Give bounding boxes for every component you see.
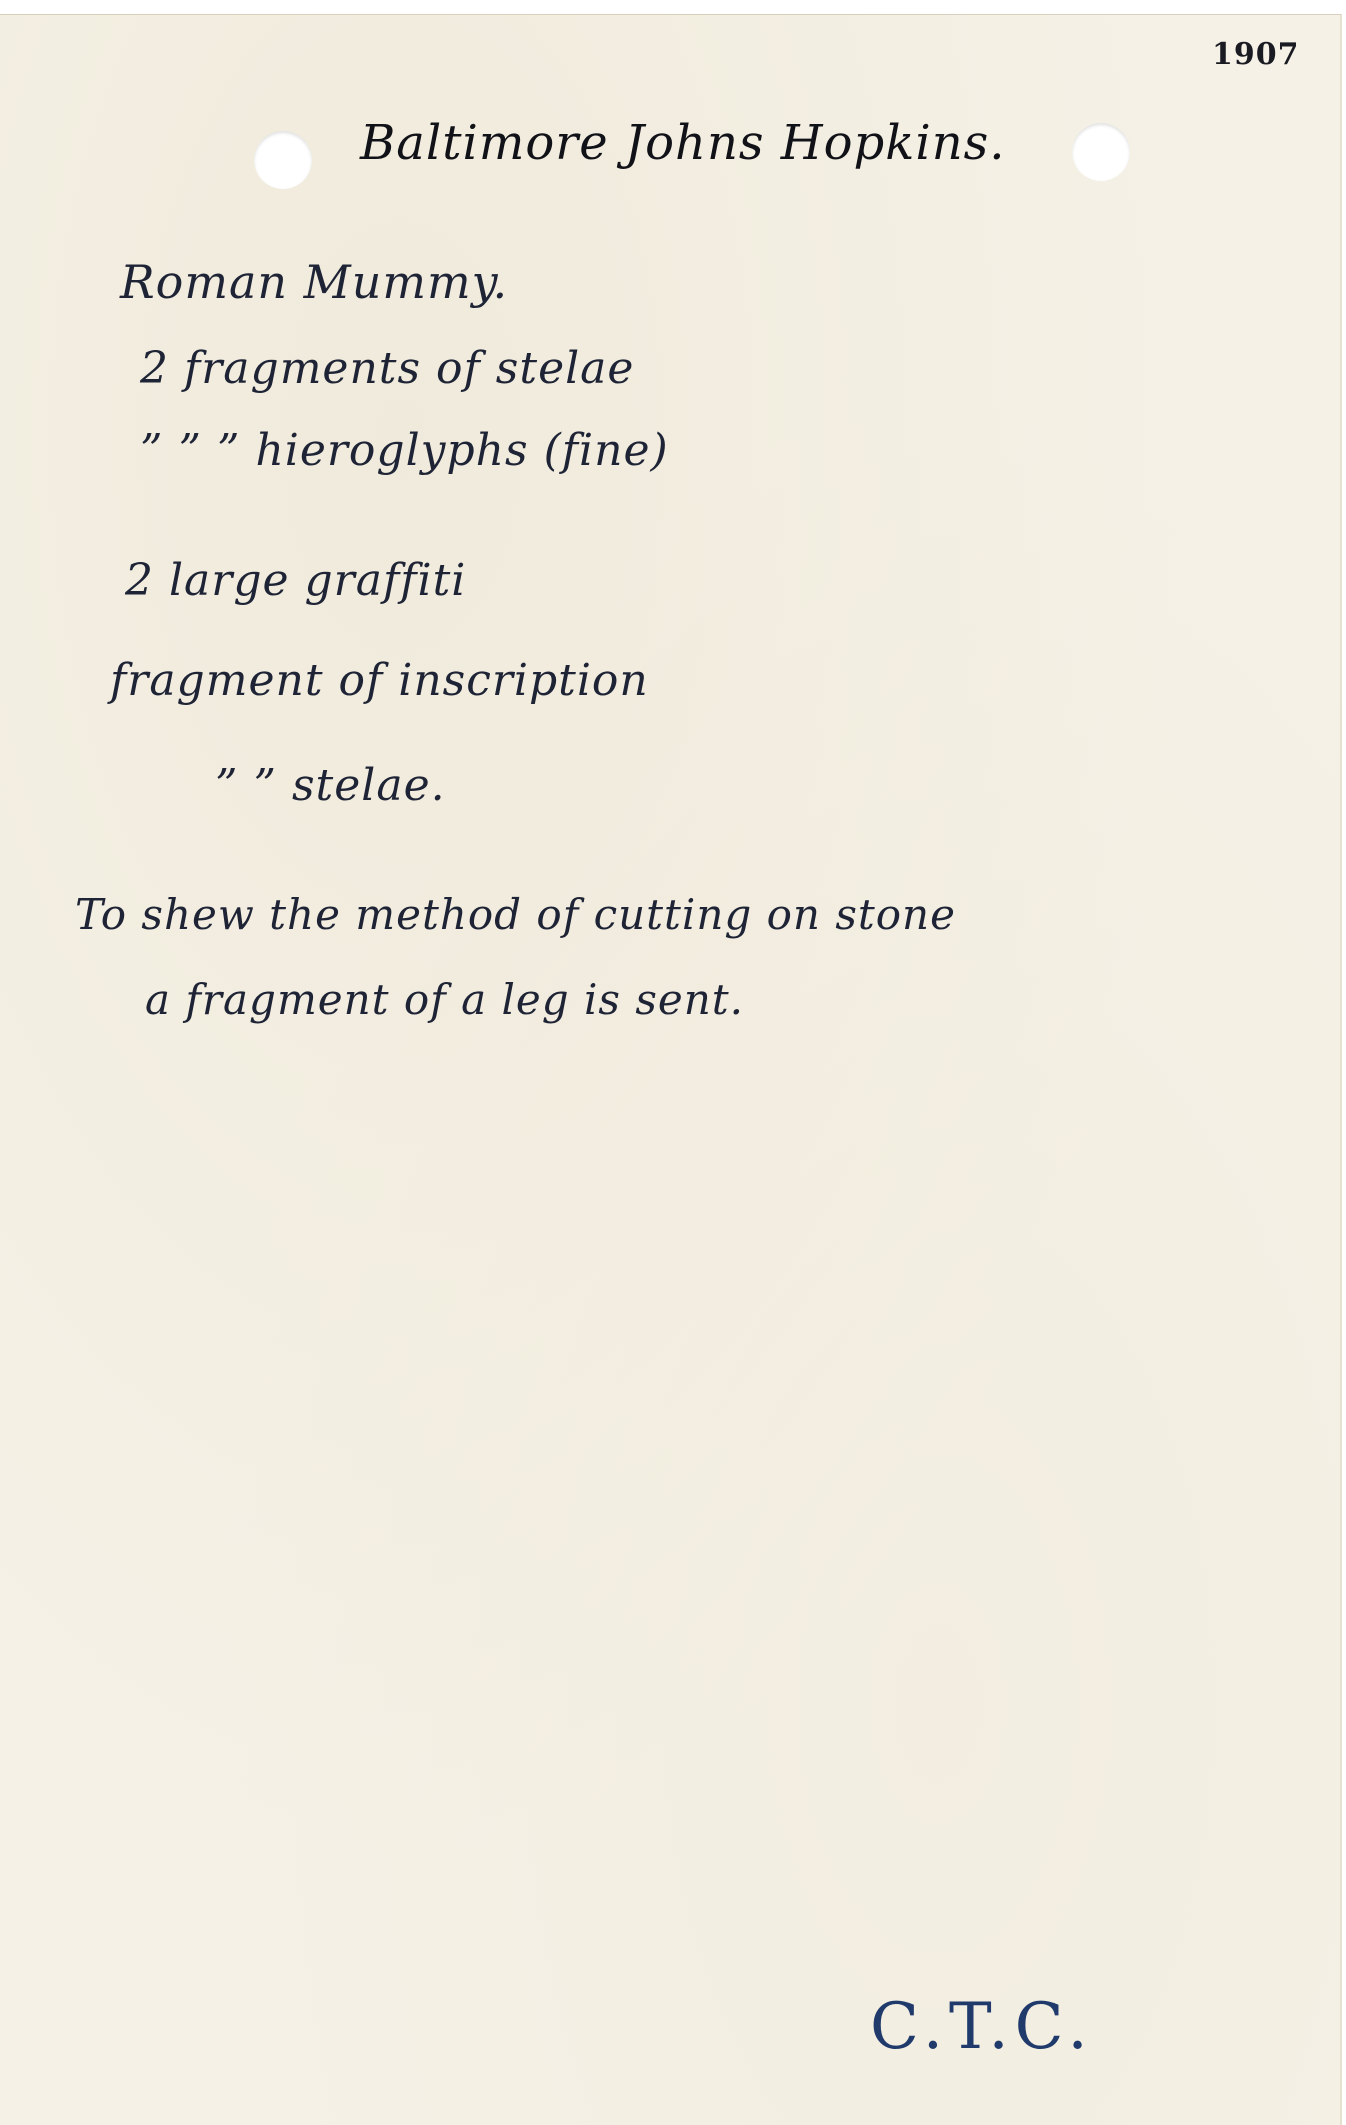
punch-hole-right: [1072, 123, 1130, 181]
paper-sheet: 1907 Baltimore Johns Hopkins. Roman Mumm…: [0, 14, 1342, 2125]
line-roman-mummy: Roman Mummy.: [120, 255, 508, 309]
line-hieroglyphs: ” ” ” hieroglyphs (fine): [140, 425, 669, 476]
line-method-note: To shew the method of cutting on stone: [75, 890, 956, 939]
heading: Baltimore Johns Hopkins.: [360, 115, 1006, 171]
line-fragment-inscription: fragment of inscription: [110, 655, 649, 706]
line-ditto-stelae: ” ” stelae.: [215, 760, 446, 811]
year-annotation: 1907: [1212, 37, 1300, 72]
signature: C.T.C.: [870, 1990, 1094, 2064]
line-large-graffiti: 2 large graffiti: [125, 555, 466, 606]
punch-hole-left: [254, 131, 312, 189]
line-fragments-stelae: 2 fragments of stelae: [140, 343, 634, 394]
line-leg-fragment: a fragment of a leg is sent.: [145, 975, 744, 1024]
